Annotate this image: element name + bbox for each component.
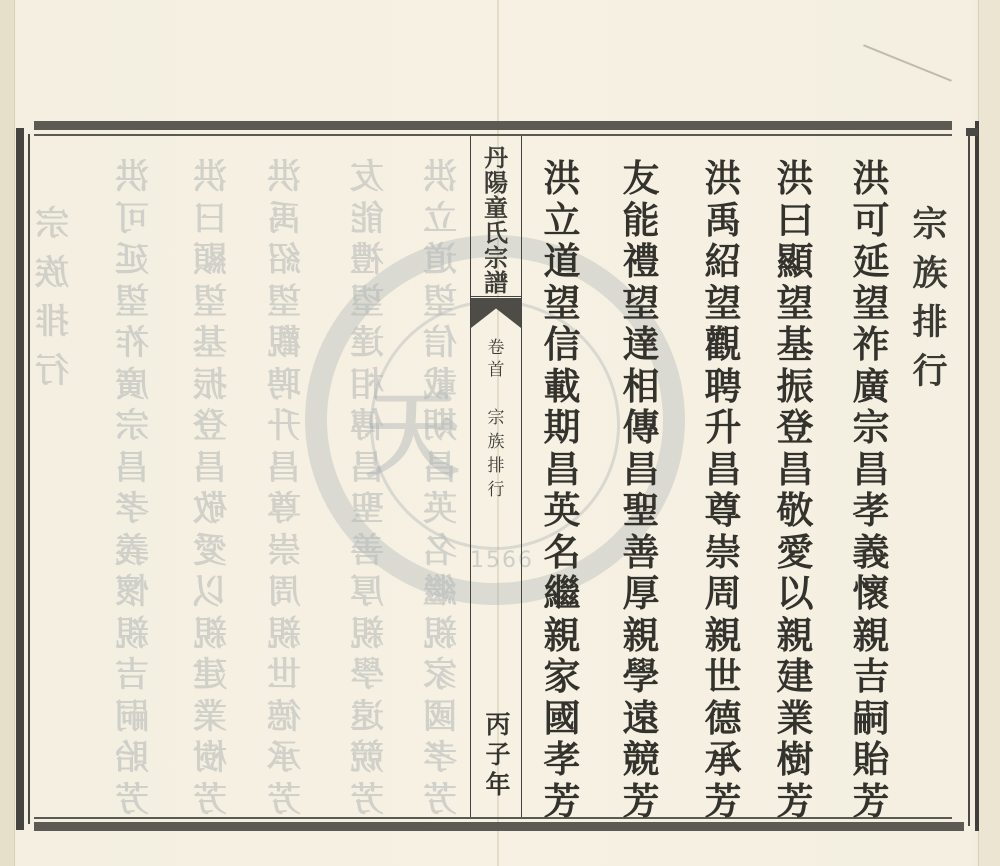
glyph: 芳 <box>701 783 745 825</box>
glyph: 立 <box>418 202 462 244</box>
glyph: 敬 <box>773 492 817 534</box>
glyph: 廣 <box>110 368 154 410</box>
glyph: 承 <box>701 741 745 783</box>
glyph: 昌 <box>188 451 232 493</box>
glyph: 觀 <box>701 326 745 368</box>
glyph: 善 <box>619 534 663 576</box>
glyph: 義 <box>110 534 154 576</box>
glyph: 相 <box>619 368 663 410</box>
glyph: 親 <box>540 617 584 659</box>
glyph: 顯 <box>188 243 232 285</box>
glyph: 傳 <box>619 409 663 451</box>
glyph: 業 <box>188 700 232 742</box>
glyph: 孝 <box>110 492 154 534</box>
glyph: 學 <box>345 658 389 700</box>
glyph: 孝 <box>540 741 584 783</box>
glyph: 排 <box>30 305 74 354</box>
glyph: 世 <box>262 658 306 700</box>
glyph: 孝 <box>849 492 893 534</box>
page-heading: 宗族排行 <box>908 207 952 403</box>
glyph: 國 <box>540 700 584 742</box>
glyph: 昌 <box>849 451 893 493</box>
glyph: 聖 <box>619 492 663 534</box>
glyph: 德 <box>262 700 306 742</box>
glyph: 達 <box>619 326 663 368</box>
glyph: 子 <box>481 742 515 772</box>
glyph: 吉 <box>849 658 893 700</box>
glyph: 友 <box>345 160 389 202</box>
right-binding-edge <box>978 0 1000 866</box>
glyph: 期 <box>418 409 462 451</box>
frame-left-inner-line <box>28 134 30 824</box>
glyph: 首 <box>483 362 509 384</box>
glyph: 昌 <box>418 451 462 493</box>
left-binding-edge <box>0 0 15 866</box>
frame-corner <box>966 128 978 136</box>
glyph: 升 <box>701 409 745 451</box>
glyph: 行 <box>30 354 74 403</box>
glyph: 親 <box>418 617 462 659</box>
glyph: 友 <box>619 160 663 202</box>
glyph: 親 <box>773 617 817 659</box>
glyph: 嗣 <box>849 700 893 742</box>
glyph: 望 <box>701 285 745 327</box>
glyph: 國 <box>418 700 462 742</box>
frame-bottom-border <box>34 822 964 831</box>
glyph: 昌 <box>540 451 584 493</box>
glyph: 聘 <box>701 368 745 410</box>
glyph: 建 <box>188 658 232 700</box>
frame-top-border <box>34 121 952 130</box>
glyph: 排 <box>908 305 952 354</box>
ghost-column-2: 洪曰顯望基振登昌敬愛以親建業樹芳 <box>188 160 232 824</box>
glyph: 洪 <box>262 160 306 202</box>
glyph: 競 <box>619 741 663 783</box>
glyph: 貽 <box>110 741 154 783</box>
glyph: 敬 <box>188 492 232 534</box>
glyph: 英 <box>418 492 462 534</box>
glyph: 祚 <box>849 326 893 368</box>
glyph: 宗 <box>908 207 952 256</box>
glyph: 禮 <box>619 243 663 285</box>
glyph: 道 <box>540 243 584 285</box>
glyph: 洪 <box>701 160 745 202</box>
glyph: 親 <box>262 617 306 659</box>
glyph: 行 <box>908 354 952 403</box>
glyph: 懷 <box>849 575 893 617</box>
glyph: 觀 <box>262 326 306 368</box>
glyph: 登 <box>188 409 232 451</box>
glyph: 振 <box>773 368 817 410</box>
glyph: 以 <box>773 575 817 617</box>
glyph: 洪 <box>540 160 584 202</box>
glyph: 尊 <box>701 492 745 534</box>
ghost-column-5: 洪立道望信載期昌英名繼親家國孝芳 <box>418 160 462 824</box>
glyph: 聖 <box>345 492 389 534</box>
glyph: 望 <box>418 285 462 327</box>
glyph: 望 <box>262 285 306 327</box>
glyph: 昌 <box>773 451 817 493</box>
glyph: 望 <box>540 285 584 327</box>
glyph: 族 <box>908 256 952 305</box>
glyph: 望 <box>188 285 232 327</box>
glyph: 排 <box>483 458 509 482</box>
glyph: 樹 <box>188 741 232 783</box>
generation-column-1: 洪可延望祚廣宗昌孝義懷親吉嗣貽芳 <box>849 160 893 824</box>
glyph: 祚 <box>110 326 154 368</box>
glyph: 周 <box>701 575 745 617</box>
glyph: 基 <box>188 326 232 368</box>
glyph: 周 <box>262 575 306 617</box>
glyph: 能 <box>345 202 389 244</box>
glyph: 洪 <box>188 160 232 202</box>
glyph: 相 <box>345 368 389 410</box>
glyph: 載 <box>540 368 584 410</box>
glyph: 宗 <box>849 409 893 451</box>
glyph: 升 <box>262 409 306 451</box>
glyph: 名 <box>418 534 462 576</box>
glyph: 聘 <box>262 368 306 410</box>
generation-column-4: 友能禮望達相傳昌聖善厚親學遠競芳 <box>619 160 663 824</box>
glyph: 善 <box>345 534 389 576</box>
glyph: 達 <box>345 326 389 368</box>
glyph: 望 <box>110 285 154 327</box>
glyph: 名 <box>540 534 584 576</box>
glyph: 芳 <box>619 783 663 825</box>
glyph: 禹 <box>701 202 745 244</box>
seal-number: 1566 <box>470 548 534 573</box>
glyph: 能 <box>619 202 663 244</box>
glyph: 立 <box>540 202 584 244</box>
glyph: 期 <box>540 409 584 451</box>
glyph: 家 <box>418 658 462 700</box>
glyph: 以 <box>188 575 232 617</box>
generation-column-5: 洪立道望信載期昌英名繼親家國孝芳 <box>540 160 584 824</box>
glyph: 昌 <box>345 451 389 493</box>
generation-column-3: 洪禹紹望觀聘升昌尊崇周親世德承芳 <box>701 160 745 824</box>
glyph: 丙 <box>481 712 515 742</box>
glyph: 芳 <box>849 783 893 825</box>
glyph: 承 <box>262 741 306 783</box>
glyph: 族 <box>30 256 74 305</box>
glyph: 樹 <box>773 741 817 783</box>
glyph: 望 <box>619 285 663 327</box>
frame-left-border <box>16 128 24 830</box>
glyph: 振 <box>188 368 232 410</box>
glyph: 譜 <box>474 271 518 296</box>
glyph: 信 <box>540 326 584 368</box>
glyph: 禹 <box>262 202 306 244</box>
glyph: 懷 <box>110 575 154 617</box>
glyph: 德 <box>701 700 745 742</box>
glyph: 孝 <box>418 741 462 783</box>
glyph: 嗣 <box>110 700 154 742</box>
glyph: 禮 <box>345 243 389 285</box>
glyph: 族 <box>483 434 509 458</box>
glyph: 昌 <box>262 451 306 493</box>
glyph: 基 <box>773 326 817 368</box>
glyph: 崇 <box>701 534 745 576</box>
frame-top-inner-line <box>34 134 952 136</box>
frame-right-inner-line <box>968 136 970 826</box>
glyph: 傳 <box>345 409 389 451</box>
glyph: 芳 <box>773 783 817 825</box>
glyph: 親 <box>345 617 389 659</box>
glyph: 家 <box>540 658 584 700</box>
generation-column-2: 洪曰顯望基振登昌敬愛以親建業樹芳 <box>773 160 817 824</box>
glyph: 道 <box>418 243 462 285</box>
glyph: 建 <box>773 658 817 700</box>
ghost-column-3: 洪禹紹望觀聘升昌尊崇周親世德承芳 <box>262 160 306 824</box>
glyph: 廣 <box>849 368 893 410</box>
glyph: 崇 <box>262 534 306 576</box>
glyph: 愛 <box>773 534 817 576</box>
glyph: 紹 <box>262 243 306 285</box>
frame-right-border <box>975 121 979 831</box>
glyph: 貽 <box>849 741 893 783</box>
glyph: 洪 <box>849 160 893 202</box>
glyph: 洪 <box>418 160 462 202</box>
spine-right-line <box>521 136 522 817</box>
glyph: 望 <box>773 285 817 327</box>
glyph: 義 <box>849 534 893 576</box>
glyph: 紹 <box>701 243 745 285</box>
glyph: 厚 <box>345 575 389 617</box>
spine-left-line <box>470 136 471 817</box>
glyph: 顯 <box>773 243 817 285</box>
glyph: 登 <box>773 409 817 451</box>
glyph: 繼 <box>540 575 584 617</box>
glyph: 昌 <box>110 451 154 493</box>
glyph: 英 <box>540 492 584 534</box>
glyph: 世 <box>701 658 745 700</box>
glyph: 尊 <box>262 492 306 534</box>
glyph: 載 <box>418 368 462 410</box>
glyph: 芳 <box>540 783 584 825</box>
glyph: 昌 <box>701 451 745 493</box>
volume-label: 卷首 <box>483 340 509 384</box>
ghost-column-1: 洪可延望祚廣宗昌孝義懷親吉嗣貽芳 <box>110 160 154 824</box>
glyph: 業 <box>773 700 817 742</box>
year-label: 丙子年 <box>481 712 515 802</box>
ghost-column-4: 友能禮望達相傳昌聖善厚親學遠競芳 <box>345 160 389 824</box>
glyph: 宗 <box>30 207 74 256</box>
glyph: 競 <box>345 741 389 783</box>
glyph: 望 <box>849 285 893 327</box>
glyph: 親 <box>701 617 745 659</box>
glyph: 曰 <box>188 202 232 244</box>
glyph: 可 <box>110 202 154 244</box>
glyph: 遠 <box>345 700 389 742</box>
glyph: 昌 <box>619 451 663 493</box>
glyph: 望 <box>345 285 389 327</box>
glyph: 洪 <box>110 160 154 202</box>
glyph: 親 <box>849 617 893 659</box>
glyph: 延 <box>849 243 893 285</box>
glyph: 卷 <box>483 340 509 362</box>
glyph: 親 <box>110 617 154 659</box>
glyph: 曰 <box>773 202 817 244</box>
glyph: 宗 <box>483 410 509 434</box>
glyph: 行 <box>483 482 509 506</box>
glyph: 厚 <box>619 575 663 617</box>
glyph: 親 <box>188 617 232 659</box>
glyph: 愛 <box>188 534 232 576</box>
glyph: 吉 <box>110 658 154 700</box>
glyph: 可 <box>849 202 893 244</box>
section-label: 宗族排行 <box>483 410 509 506</box>
glyph: 宗 <box>110 409 154 451</box>
glyph: 延 <box>110 243 154 285</box>
glyph: 年 <box>481 772 515 802</box>
glyph: 洪 <box>773 160 817 202</box>
glyph: 信 <box>418 326 462 368</box>
glyph: 學 <box>619 658 663 700</box>
glyph: 繼 <box>418 575 462 617</box>
glyph: 親 <box>619 617 663 659</box>
ghost-heading: 宗族排行 <box>30 207 74 403</box>
book-title: 丹陽童氏宗譜 <box>474 146 518 296</box>
glyph: 遠 <box>619 700 663 742</box>
